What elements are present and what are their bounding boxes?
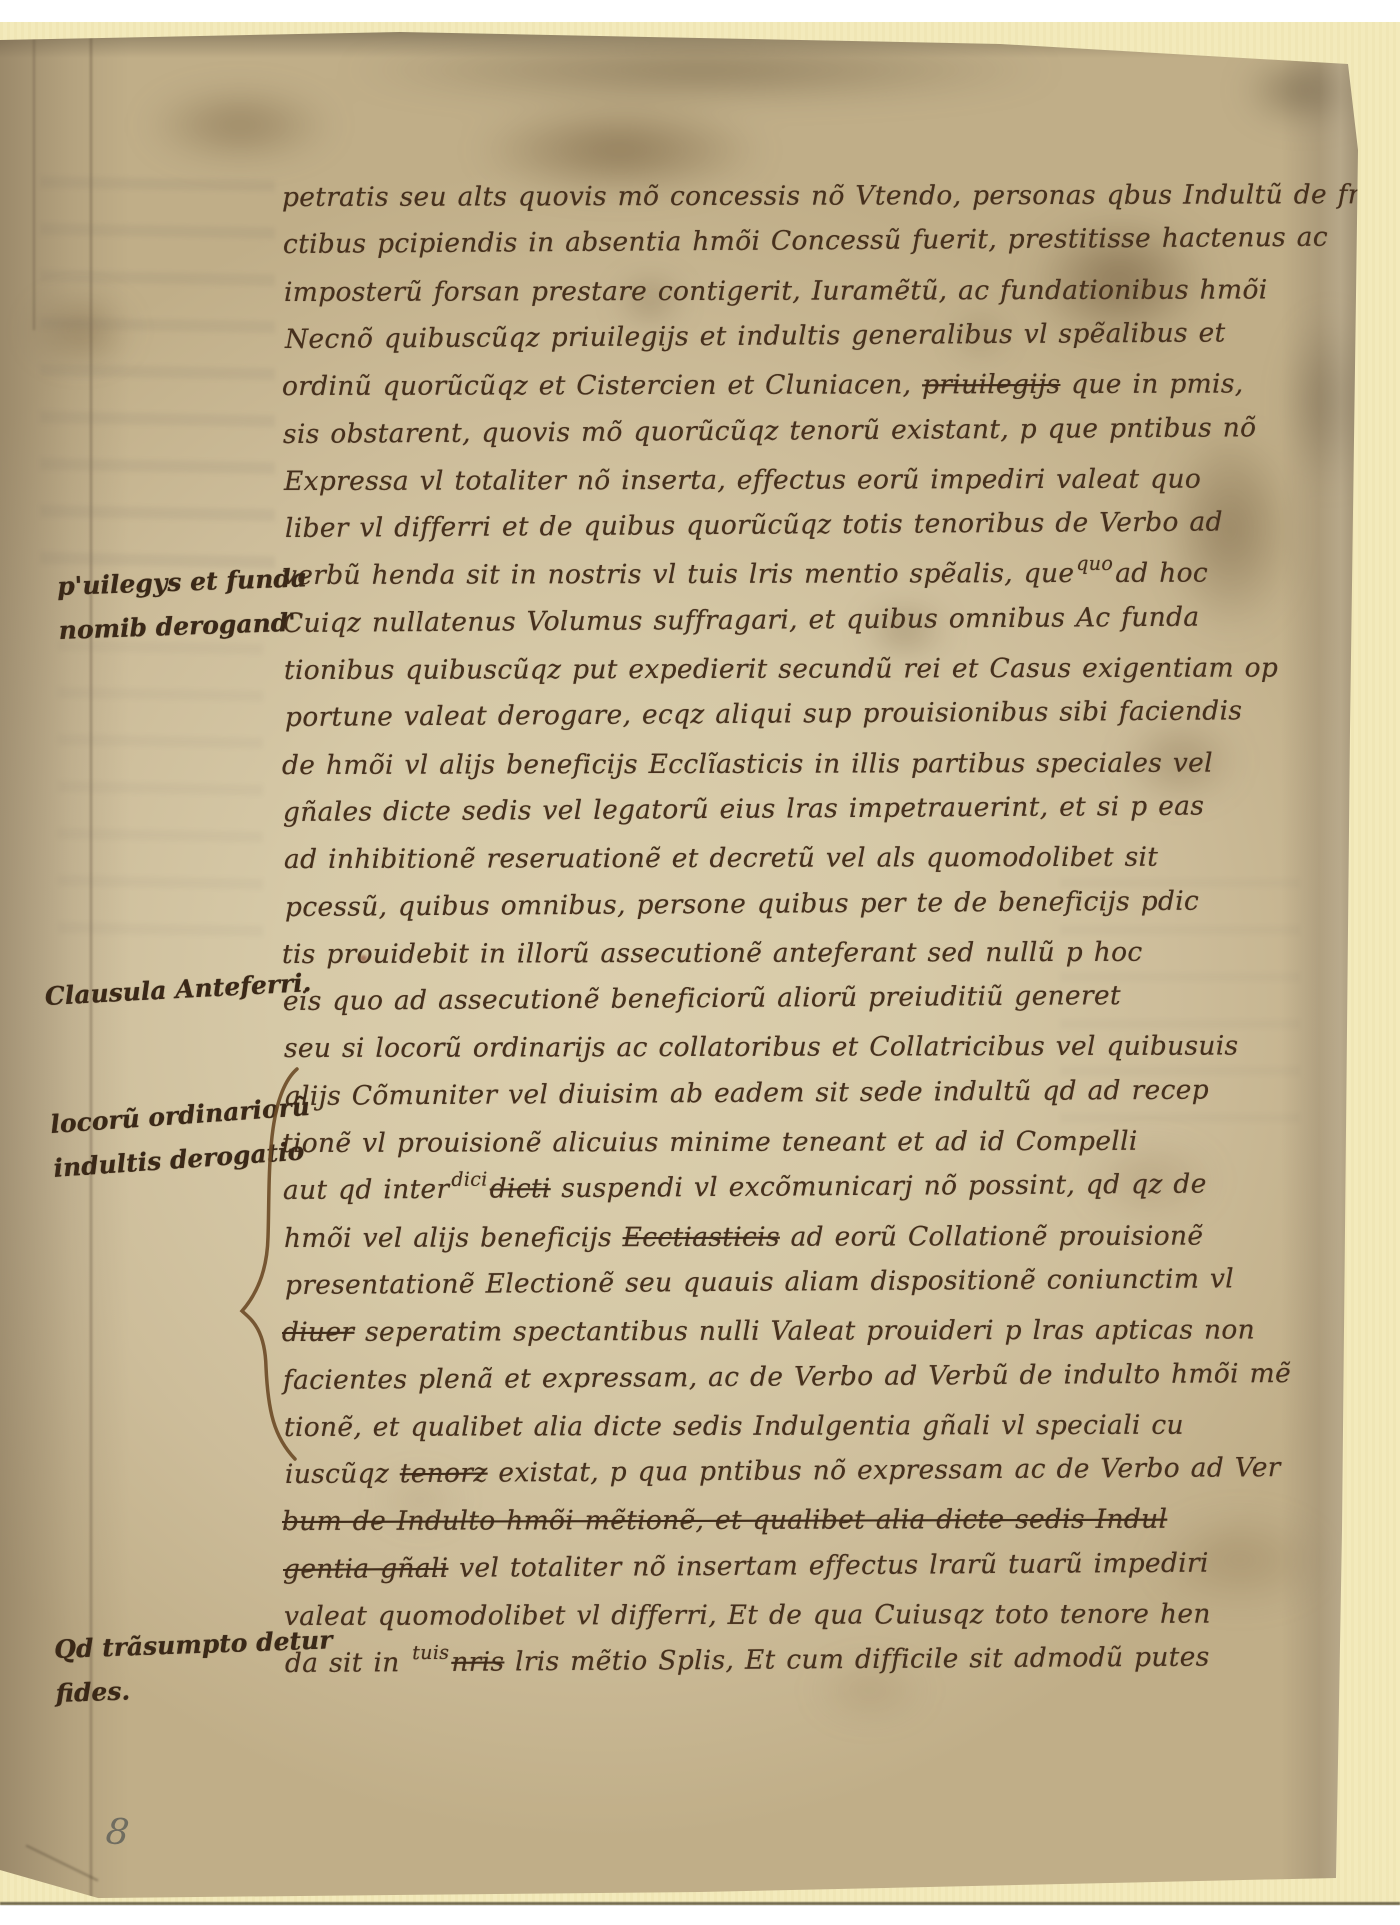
struck-text: gentia gñali (283, 1553, 449, 1585)
manuscript-line: eis quo ad assecutionẽ beneficiorũ alior… (283, 981, 1121, 1017)
manuscript-line: bum de Indulto hmõi mẽtionẽ, et qualibet… (282, 1505, 1167, 1537)
folio-number: 8 (104, 1811, 131, 1854)
text-segment: presentationẽ Electionẽ seu quauis aliam… (285, 1263, 1234, 1301)
manuscript-line: petratis seu alts quovis mõ concessis nõ… (282, 180, 1378, 213)
manuscript-page: petratis seu alts quovis mõ concessis nõ… (0, 30, 1366, 1898)
gutter-crease (90, 30, 92, 1898)
text-segment: de hmõi vl alijs beneficijs Ecclĩasticis… (282, 747, 1213, 780)
manuscript-line: alijs Cõmuniter vel diuisim ab eadem sit… (285, 1075, 1209, 1111)
manuscript-line: seu si locorũ ordinarijs ac collatoribus… (284, 1032, 1238, 1064)
manuscript-line: aut qd interdicidicti suspendi vl excõmu… (283, 1170, 1207, 1208)
manuscript-line: diuer seperatim spectantibus nulli Valea… (282, 1316, 1255, 1349)
text-segment: Cuiqz nullatenus Volumus suffragari, et … (283, 601, 1200, 638)
text-segment: seu si locorũ ordinarijs ac collatoribus… (284, 1031, 1238, 1064)
text-segment: tionibus quibuscũqz put expedierit secun… (284, 652, 1278, 686)
margin-note-line: nomib derogand' (58, 600, 309, 653)
text-segment: eis quo ad assecutionẽ beneficiorũ alior… (283, 980, 1121, 1017)
text-segment: tis prouidebit in illorũ assecutionẽ ant… (282, 937, 1143, 970)
manuscript-line: gñales dicte sedis vel legatorũ eius lra… (283, 791, 1204, 827)
text-segment: ad eorũ Collationẽ prouisionẽ (780, 1220, 1204, 1252)
manuscript-line: verbũ henda sit in nostris vl tuis lris … (282, 559, 1208, 593)
text-segment: seperatim spectantibus nulli Valeat prou… (354, 1315, 1255, 1348)
text-segment: tionẽ vl prouisionẽ alicuius minime tene… (282, 1126, 1138, 1159)
manuscript-line: tionẽ, et qualibet alia dicte sedis Indu… (284, 1410, 1184, 1442)
manuscript-line: valeat quomodolibet vl differri, Et de q… (284, 1600, 1211, 1632)
text-segment: Expressa vl totaliter nõ inserta, effect… (284, 463, 1201, 496)
text-segment: lris mẽtio Splis, Et cum difficile sit a… (504, 1642, 1209, 1678)
struck-text: tenorz (400, 1458, 488, 1490)
text-segment: sis obstarent, quovis mõ quorũcũqz tenor… (283, 412, 1256, 450)
text-segment: valeat quomodolibet vl differri, Et de q… (284, 1599, 1211, 1632)
margin-note: p'uilegys et fundanomib derogand' (56, 556, 309, 653)
manuscript-line: tis prouidebit in illorũ assecutionẽ ant… (282, 938, 1143, 970)
text-segment: facientes plenã et expressam, ac de Verb… (283, 1357, 1291, 1395)
text-segment: petratis seu alts quovis mõ concessis nõ… (282, 179, 1378, 213)
struck-text: nris (451, 1647, 504, 1678)
manuscript-line: facientes plenã et expressam, ac de Verb… (283, 1358, 1291, 1395)
text-segment: tionẽ, et qualibet alia dicte sedis Indu… (284, 1409, 1184, 1442)
text-segment: ad hoc (1115, 558, 1208, 589)
manuscript-line: ad inhibitionẽ reseruationẽ et decretũ v… (284, 843, 1158, 875)
manuscript-line: Cuiqz nullatenus Volumus suffragari, et … (283, 602, 1200, 638)
manuscript-line: pcessũ, quibus omnibus, persone quibus p… (285, 886, 1199, 922)
manuscript-line: ordinũ quorũcũqz et Cistercien et Clunia… (282, 370, 1244, 403)
text-segment: ad inhibitionẽ reseruationẽ et decretũ v… (284, 842, 1158, 875)
margin-note: Qd trãsumpto deturfides. (53, 1618, 334, 1716)
manuscript-photo: petratis seu alts quovis mõ concessis nõ… (0, 0, 1400, 1925)
gutter-shading (0, 30, 130, 1898)
text-segment: que in pmis, (1060, 369, 1243, 400)
text-segment: suspendi vl excõmunicarj nõ possint, qd … (551, 1169, 1207, 1205)
grouping-brace (235, 1065, 315, 1465)
text-segment: pcessũ, quibus omnibus, persone quibus p… (285, 885, 1199, 922)
manuscript-line: hmõi vel alijs beneficijs Ecctiasticis a… (284, 1221, 1203, 1253)
text-segment: Necnõ quibuscũqz priuilegijs et indultis… (285, 317, 1226, 355)
text-segment: alijs Cõmuniter vel diuisim ab eadem sit… (285, 1074, 1209, 1111)
superscript-insertion: quo (1076, 553, 1113, 575)
manuscript-line: de hmõi vl alijs beneficijs Ecclĩasticis… (282, 748, 1213, 780)
manuscript-line: Necnõ quibuscũqz priuilegijs et indultis… (285, 318, 1226, 355)
manuscript-line: sis obstarent, quovis mõ quorũcũqz tenor… (283, 413, 1256, 450)
text-segment: existat, p qua pntibus nõ expressam ac d… (487, 1452, 1280, 1489)
struck-text: priuilegijs (922, 369, 1060, 400)
text-segment: ordinũ quorũcũqz et Cistercien et Clunia… (282, 370, 922, 403)
top-crease (33, 30, 35, 330)
manuscript-line: imposterũ forsan prestare contigerit, Iu… (284, 275, 1268, 308)
manuscript-line: tionẽ vl prouisionẽ alicuius minime tene… (282, 1127, 1138, 1159)
manuscript-line: gentia gñali vel totaliter nõ insertam e… (283, 1548, 1209, 1584)
text-segment: verbũ henda sit in nostris vl tuis lris … (282, 558, 1074, 591)
text-segment: vel totaliter nõ insertam effectus lrarũ… (448, 1547, 1209, 1583)
struck-text: dicti (490, 1173, 551, 1204)
struck-text: Ecctiasticis (623, 1221, 780, 1252)
struck-text: bum de Indulto hmõi mẽtionẽ, et qualibet… (282, 1504, 1167, 1537)
mount-edge-line (0, 1902, 1400, 1905)
text-segment: hmõi vel alijs beneficijs (284, 1222, 623, 1254)
text-segment: gñales dicte sedis vel legatorũ eius lra… (283, 790, 1204, 827)
manuscript-line: Expressa vl totaliter nõ inserta, effect… (284, 464, 1201, 496)
manuscript-line: tionibus quibuscũqz put expedierit secun… (284, 653, 1278, 686)
text-segment: imposterũ forsan prestare contigerit, Iu… (284, 274, 1268, 308)
superscript-insertion: dici (451, 1169, 487, 1191)
superscript-insertion: tuis (412, 1642, 449, 1664)
